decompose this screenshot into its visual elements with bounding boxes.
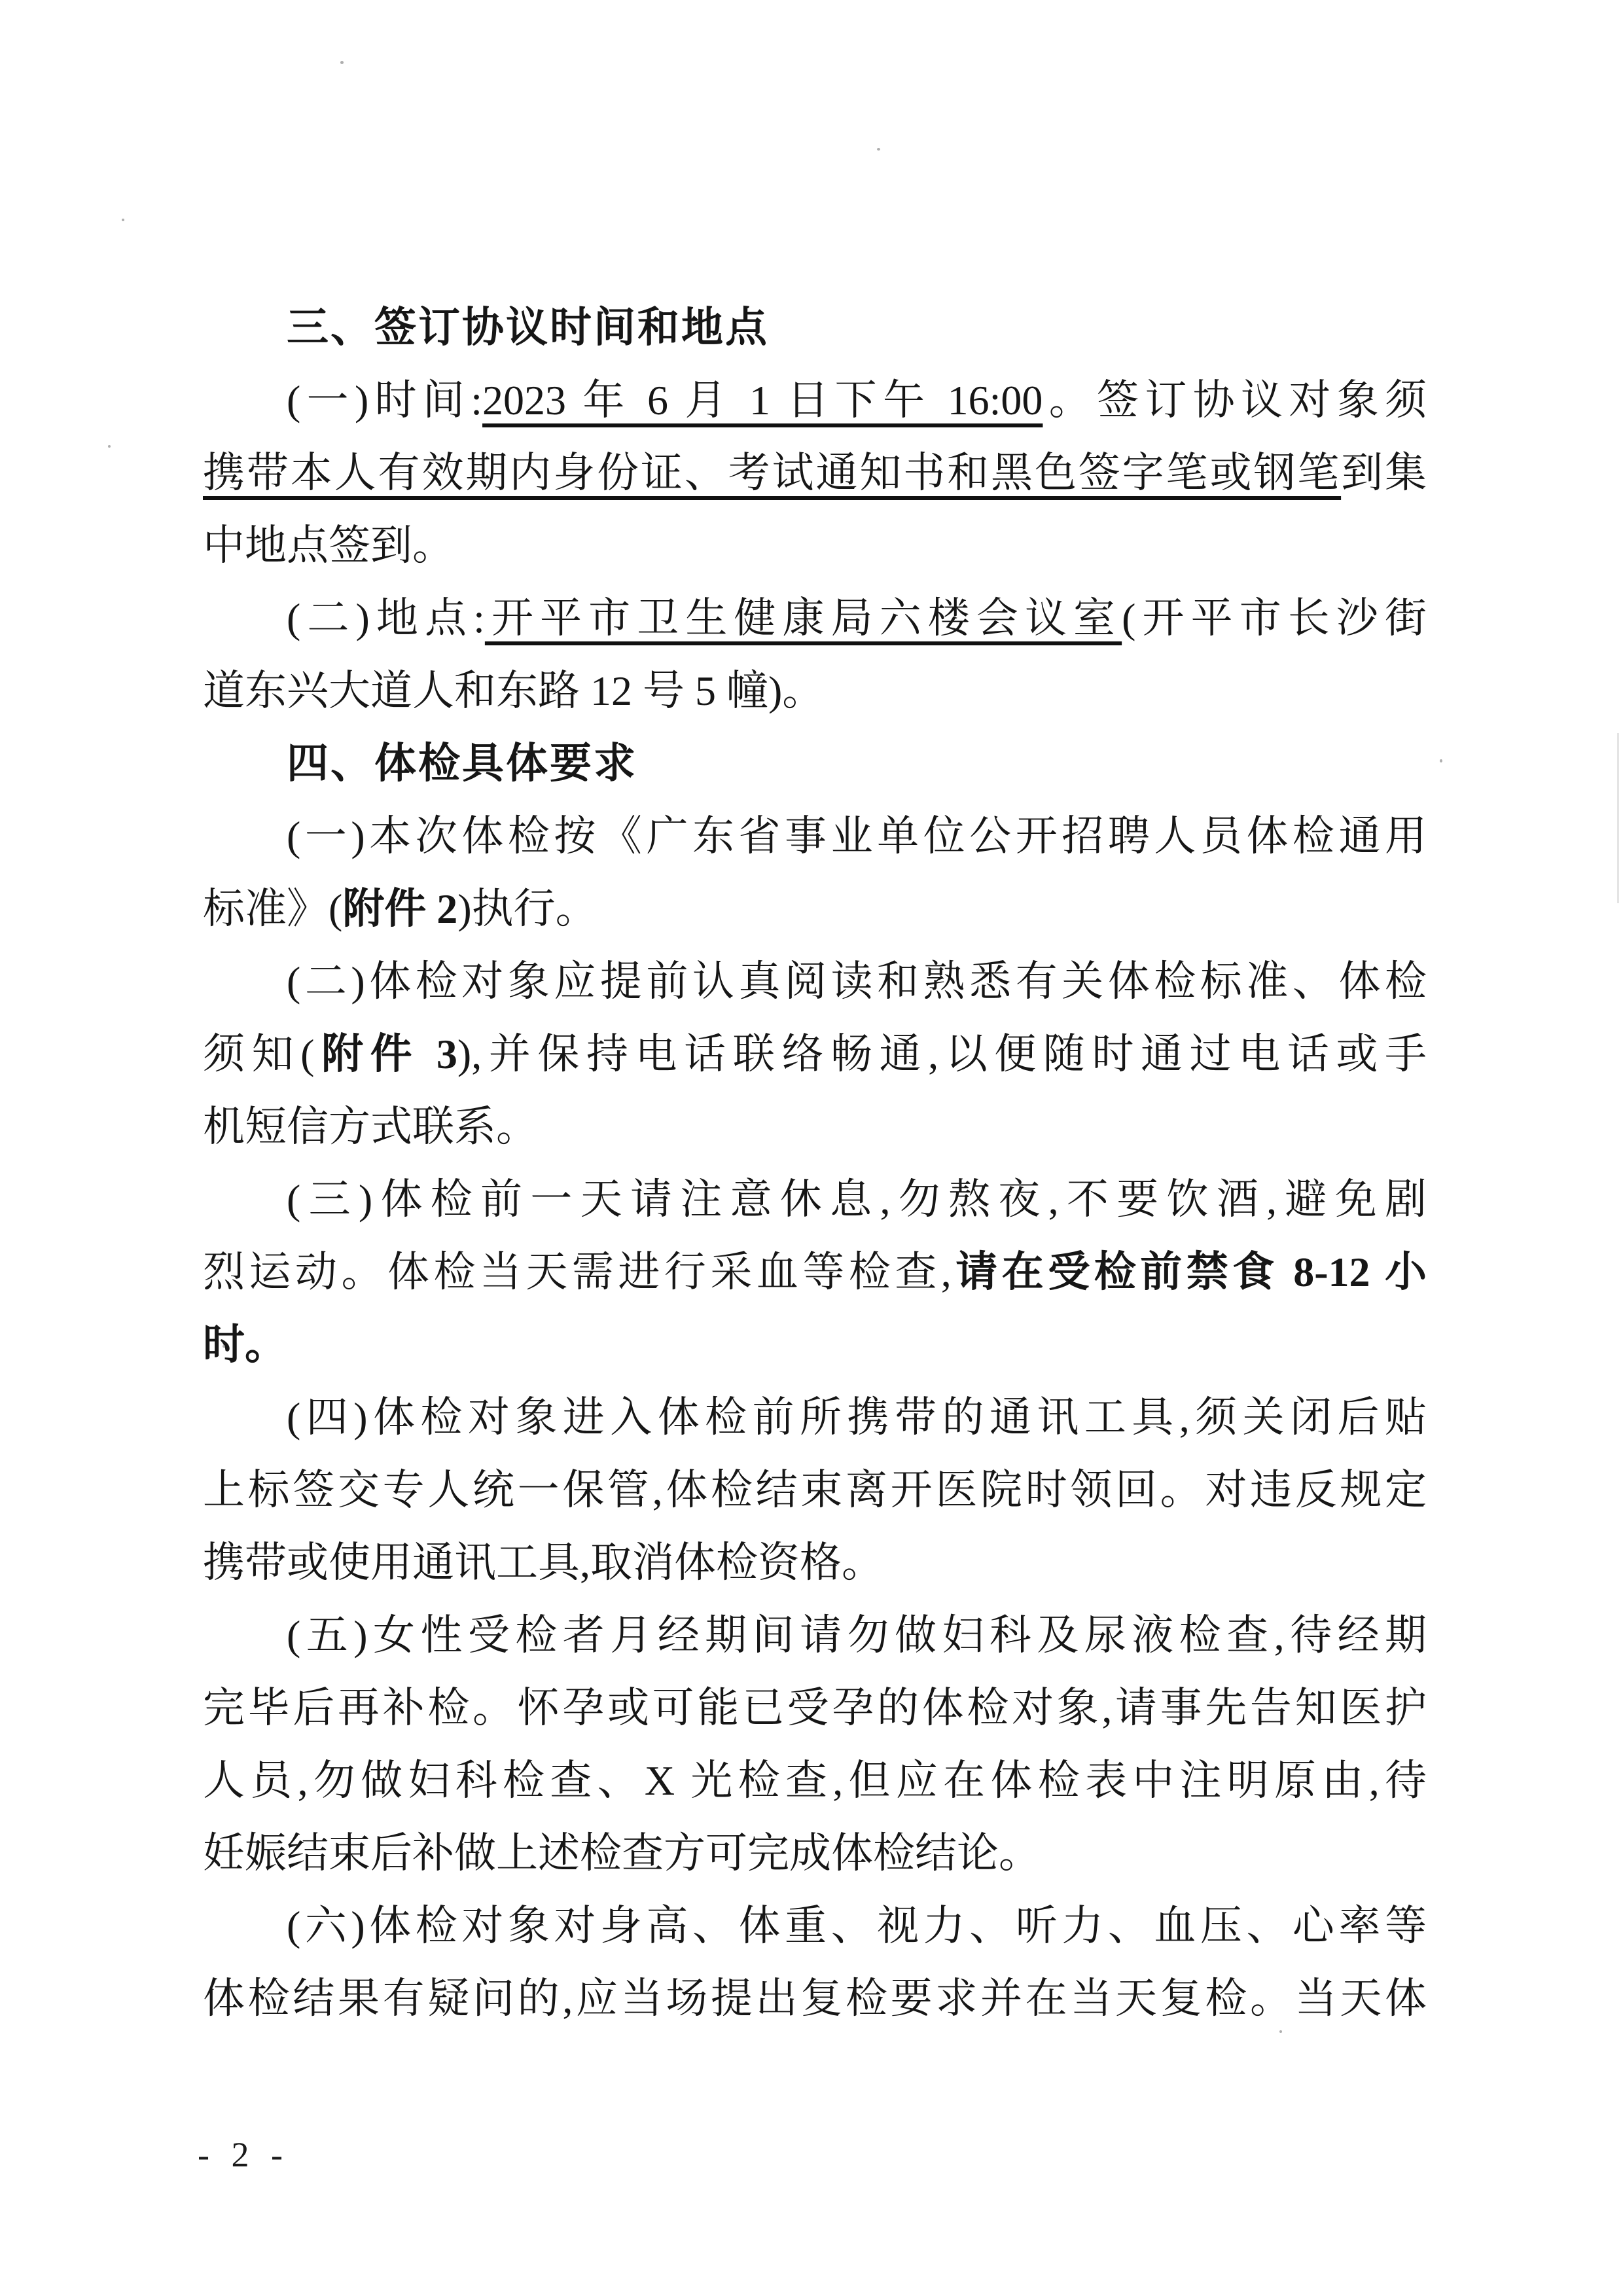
- para-time-line-3: 中地点签到。: [203, 509, 1427, 582]
- standard-text: (一)本次体检按《广东省事业单位公开招聘人员体检通用: [287, 813, 1427, 859]
- recheck-text: 体检结果有疑问的,应当场提出复检要求并在当天复检。当天体: [203, 1975, 1427, 2022]
- para-comm-tools-line-1: (四)体检对象进入体检前所携带的通讯工具,须关闭后贴: [203, 1381, 1427, 1454]
- para-read-notice-line-3: 机短信方式联系。: [203, 1090, 1427, 1163]
- label-place: (二)地点:: [287, 595, 485, 641]
- rest-text: (三)体检前一天请注意休息,勿熬夜,不要饮酒,避免剧: [287, 1176, 1427, 1223]
- time-line-tail: 。签订协议对象须: [1043, 377, 1427, 423]
- para-place-line-1: (二)地点:开平市卫生健康局六楼会议室(开平市长沙街: [203, 582, 1427, 655]
- underlined-datetime: 2023 年 6 月 1 日下午 16:00: [482, 377, 1043, 423]
- fasting-requirement-bold: 请在受检前禁食 8-12 小: [952, 1249, 1427, 1295]
- para-female-line-3: 人员,勿做妇科检查、X 光检查,但应在体检表中注明原由,待: [203, 1744, 1427, 1817]
- place-line-tail: (开平市长沙街: [1122, 595, 1427, 641]
- scan-speck: [108, 445, 111, 448]
- para-read-notice-line-1: (二)体检对象应提前认真阅读和熟悉有关体检标准、体检: [203, 945, 1427, 1018]
- female-exam-text: (五)女性受检者月经期间请勿做妇科及尿液检查,待经期: [287, 1612, 1427, 1659]
- address-text: 道东兴大道人和东路 12 号 5 幢)。: [203, 668, 824, 714]
- scan-speck: [340, 61, 344, 64]
- scan-speck: [122, 219, 124, 221]
- underlined-required-items: 携带本人有效期内身份证、考试通知书和黑色签字笔或钢笔: [203, 450, 1341, 496]
- standard-text-tail: )执行。: [457, 886, 597, 932]
- attachment-2-ref: 附件 2: [342, 886, 457, 932]
- label-time: (一)时间:: [287, 377, 482, 423]
- sign-in-text: 中地点签到。: [203, 522, 454, 569]
- scan-speck: [223, 1345, 225, 1348]
- section-heading-4: 四、体检具体要求: [203, 727, 1427, 800]
- para-recheck-line-1: (六)体检对象对身高、体重、视力、听力、血压、心率等: [203, 1890, 1427, 1962]
- underlined-venue: 开平市卫生健康局六楼会议室: [485, 595, 1122, 641]
- para-recheck-line-2: 体检结果有疑问的,应当场提出复检要求并在当天复检。当天体: [203, 1962, 1427, 2035]
- scan-speck: [877, 148, 880, 151]
- rest-text-head: 烈运动。体检当天需进行采血等检查,: [203, 1249, 952, 1295]
- fasting-requirement-bold-tail: 时。: [203, 1321, 287, 1368]
- female-exam-text: 人员,勿做妇科检查、X 光检查,但应在体检表中注明原由,待: [203, 1757, 1427, 1804]
- heading-text: 四、体检具体要求: [287, 740, 637, 787]
- contact-text: 机短信方式联系。: [203, 1103, 538, 1150]
- comm-tools-text: (四)体检对象进入体检前所携带的通讯工具,须关闭后贴: [287, 1394, 1427, 1441]
- scan-speck: [1440, 759, 1442, 762]
- para-female-line-1: (五)女性受检者月经期间请勿做妇科及尿液检查,待经期: [203, 1599, 1427, 1672]
- page-number: - 2 -: [198, 2135, 289, 2174]
- para-read-notice-line-2: 须知(附件 3),并保持电话联络畅通,以便随时通过电话或手: [203, 1018, 1427, 1090]
- para-comm-tools-line-3: 携带或使用通讯工具,取消体检资格。: [203, 1526, 1427, 1599]
- para-place-line-2: 道东兴大道人和东路 12 号 5 幢)。: [203, 655, 1427, 727]
- scanned-document-page: 三、签订协议时间和地点 (一)时间:2023 年 6 月 1 日下午 16:00…: [0, 0, 1623, 2296]
- para-comm-tools-line-2: 上标签交专人统一保管,体检结束离开医院时领回。对违反规定: [203, 1454, 1427, 1526]
- standard-text-head: 标准》(: [203, 886, 342, 932]
- para-time-line-1: (一)时间:2023 年 6 月 1 日下午 16:00。签订协议对象须: [203, 364, 1427, 437]
- attachment-3-ref: 附件 3: [315, 1031, 457, 1077]
- para-rest-line-3: 时。: [203, 1308, 1427, 1381]
- notice-text: (二)体检对象应提前认真阅读和熟悉有关体检标准、体检: [287, 958, 1427, 1005]
- para-exam-standard-line-1: (一)本次体检按《广东省事业单位公开招聘人员体检通用: [203, 800, 1427, 872]
- notice-text-head: 须知(: [203, 1031, 315, 1077]
- comm-tools-text: 上标签交专人统一保管,体检结束离开医院时领回。对违反规定: [203, 1467, 1427, 1513]
- scan-edge-artifact: [1617, 733, 1619, 903]
- comm-tools-text: 携带或使用通讯工具,取消体检资格。: [203, 1539, 883, 1586]
- para-exam-standard-line-2: 标准》(附件 2)执行。: [203, 872, 1427, 945]
- scan-speck: [1279, 2030, 1282, 2033]
- document-text-block: 三、签订协议时间和地点 (一)时间:2023 年 6 月 1 日下午 16:00…: [203, 291, 1427, 2035]
- para-rest-line-1: (三)体检前一天请注意休息,勿熬夜,不要饮酒,避免剧: [203, 1163, 1427, 1236]
- para-female-line-2: 完毕后再补检。怀孕或可能已受孕的体检对象,请事先告知医护: [203, 1672, 1427, 1744]
- notice-text-tail: ),并保持电话联络畅通,以便随时通过电话或手: [457, 1031, 1427, 1077]
- heading-text: 三、签订协议时间和地点: [287, 304, 769, 351]
- female-exam-text: 完毕后再补检。怀孕或可能已受孕的体检对象,请事先告知医护: [203, 1685, 1427, 1731]
- recheck-text: (六)体检对象对身高、体重、视力、听力、血压、心率等: [287, 1903, 1427, 1949]
- para-female-line-4: 妊娠结束后补做上述检查方可完成体检结论。: [203, 1817, 1427, 1890]
- section-heading-3: 三、签订协议时间和地点: [203, 291, 1427, 364]
- para-rest-line-2: 烈运动。体检当天需进行采血等检查,请在受检前禁食 8-12 小: [203, 1236, 1427, 1308]
- required-items-tail: 到集: [1341, 450, 1427, 496]
- female-exam-text: 妊娠结束后补做上述检查方可完成体检结论。: [203, 1830, 1041, 1876]
- para-time-line-2: 携带本人有效期内身份证、考试通知书和黑色签字笔或钢笔到集: [203, 437, 1427, 509]
